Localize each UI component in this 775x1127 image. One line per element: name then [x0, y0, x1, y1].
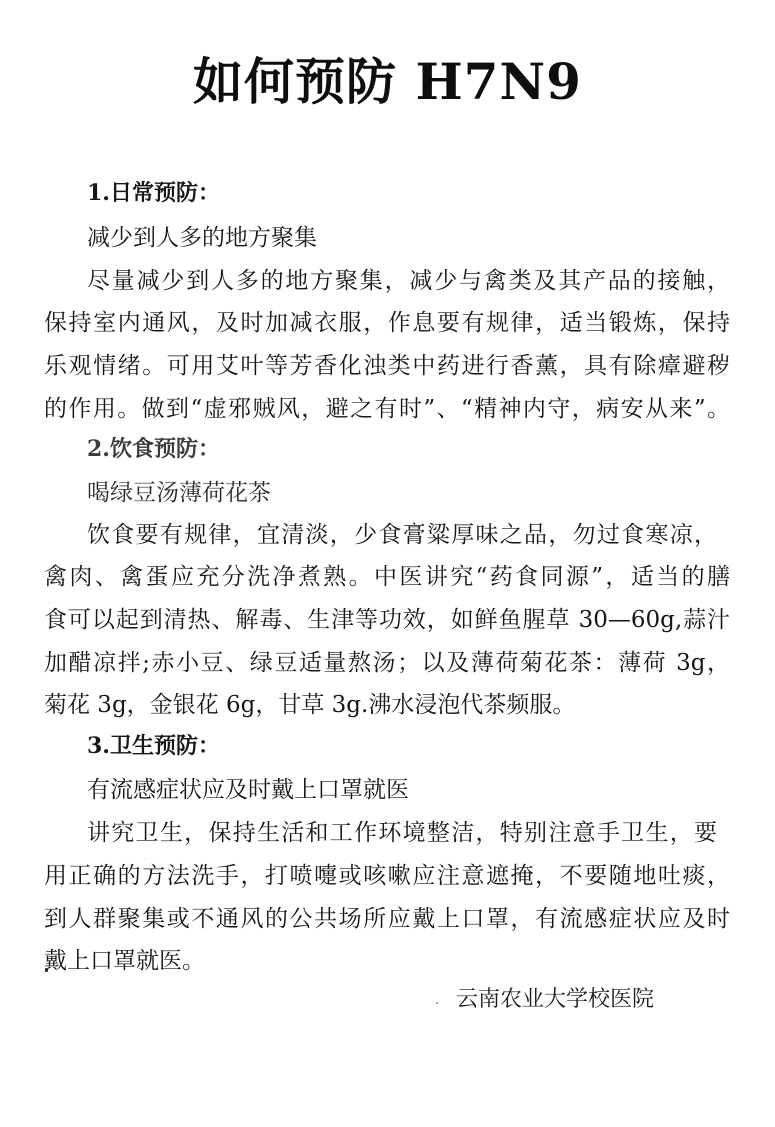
paragraph-line: 戴上口罩就医。	[44, 946, 205, 976]
scan-speck	[45, 968, 48, 972]
paragraph-line: 讲究卫生，保持生活和工作环境整洁，特别注意手卫生，要	[87, 818, 717, 848]
document-title: 如何预防 H7N9	[0, 52, 775, 112]
paragraph-line: 乐观情绪。可用艾叶等芳香化浊类中药进行香薰，具有除瘴避秽	[44, 351, 730, 381]
paragraph-line: 加醋凉拌;赤小豆、绿豆适量熬汤；以及薄荷菊花茶：薄荷 3g，	[44, 648, 730, 678]
scan-speck	[436, 1002, 438, 1004]
paragraph-line: 饮食要有规律，宜清淡，少食膏粱厚味之品，勿过食寒凉，	[87, 520, 717, 550]
paragraph-line: 用正确的方法洗手，打喷嚏或咳嗽应注意遮掩，不要随地吐痰，	[44, 861, 730, 891]
paragraph-line: 食可以起到清热、解毒、生津等功效，如鲜鱼腥草 30—60g,蒜汁	[44, 605, 730, 635]
paragraph-line: 尽量减少到人多的地方聚集，减少与禽类及其产品的接触，	[87, 266, 730, 296]
paragraph-line: 保持室内通风，及时加减衣服，作息要有规律，适当锻炼，保持	[44, 308, 730, 338]
paragraph-line: 的作用。做到“虚邪贼风，避之有时”、“精神内守，病安从来”。	[44, 394, 730, 424]
document-page: 如何预防 H7N9 1.日常预防： 减少到人多的地方聚集 尽量减少到人多的地方聚…	[0, 0, 775, 1127]
section-heading-hygiene: 3.卫生预防：	[87, 731, 220, 761]
paragraph-line: 禽肉、禽蛋应充分洗净煮熟。中医讲究“药食同源”，适当的膳	[44, 562, 730, 592]
section-subtitle-diet: 喝绿豆汤薄荷花茶	[87, 478, 271, 508]
section-heading-daily: 1.日常预防：	[87, 178, 220, 208]
paragraph-line: 菊花 3g，金银花 6g，甘草 3g.沸水浸泡代茶频服。	[44, 690, 575, 720]
section-heading-diet: 2.饮食预防：	[87, 434, 220, 464]
paragraph-line: 到人群聚集或不通风的公共场所应戴上口罩，有流感症状应及时	[44, 904, 730, 934]
section-subtitle-hygiene: 有流感症状应及时戴上口罩就医	[87, 775, 409, 805]
signature: 云南农业大学校医院	[456, 985, 654, 1015]
section-subtitle-daily: 减少到人多的地方聚集	[87, 223, 317, 253]
